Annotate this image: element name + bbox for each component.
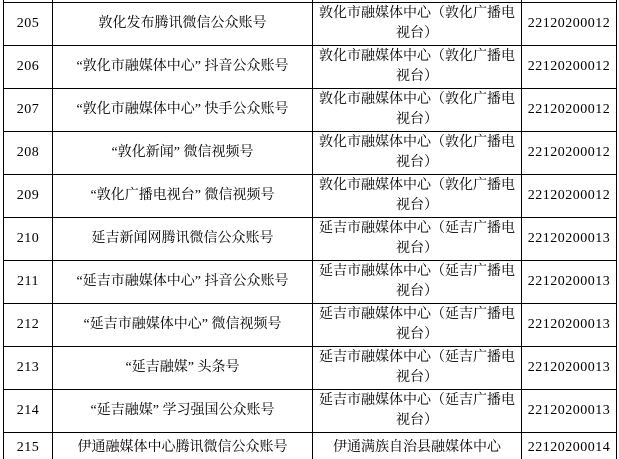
cell-license-code: 22120200014 xyxy=(522,433,617,459)
cell-organization: 敦化市融媒体中心（敦化广播电视台） xyxy=(313,132,522,175)
table-row: 205 敦化发布腾讯微信公众账号 敦化市融媒体中心（敦化广播电视台） 22120… xyxy=(4,3,617,46)
accounts-table: 205 敦化发布腾讯微信公众账号 敦化市融媒体中心（敦化广播电视台） 22120… xyxy=(3,0,617,459)
cell-row-number: 207 xyxy=(4,89,53,132)
cell-row-number: 209 xyxy=(4,175,53,218)
cell-license-code: 22120200013 xyxy=(522,304,617,347)
table-row: 210 延吉新闻网腾讯微信公众账号 延吉市融媒体中心（延吉广播电视台） 2212… xyxy=(4,218,617,261)
cell-license-code: 22120200012 xyxy=(522,132,617,175)
cell-license-code: 22120200013 xyxy=(522,390,617,433)
cell-license-code: 22120200012 xyxy=(522,46,617,89)
cell-license-code: 22120200013 xyxy=(522,347,617,390)
cell-row-number: 210 xyxy=(4,218,53,261)
cell-license-code: 22120200012 xyxy=(522,175,617,218)
table-row: 209 “敦化广播电视台” 微信视频号 敦化市融媒体中心（敦化广播电视台） 22… xyxy=(4,175,617,218)
cell-license-code: 22120200013 xyxy=(522,218,617,261)
table-row: 208 “敦化新闻” 微信视频号 敦化市融媒体中心（敦化广播电视台） 22120… xyxy=(4,132,617,175)
cell-account-name: 延吉新闻网腾讯微信公众账号 xyxy=(53,218,313,261)
cell-license-code: 22120200013 xyxy=(522,261,617,304)
cell-organization: 延吉市融媒体中心（延吉广播电视台） xyxy=(313,304,522,347)
table-row: 206 “敦化市融媒体中心” 抖音公众账号 敦化市融媒体中心（敦化广播电视台） … xyxy=(4,46,617,89)
table-row: 213 “延吉融媒” 头条号 延吉市融媒体中心（延吉广播电视台） 2212020… xyxy=(4,347,617,390)
table-row: 211 “延吉市融媒体中心” 抖音公众账号 延吉市融媒体中心（延吉广播电视台） … xyxy=(4,261,617,304)
cell-license-code: 22120200012 xyxy=(522,3,617,46)
cell-organization: 伊通满族自治县融媒体中心 xyxy=(313,433,522,459)
table-row: 214 “延吉融媒” 学习强国公众账号 延吉市融媒体中心（延吉广播电视台） 22… xyxy=(4,390,617,433)
cell-row-number: 206 xyxy=(4,46,53,89)
table-row: 215 伊通融媒体中心腾讯微信公众账号 伊通满族自治县融媒体中心 2212020… xyxy=(4,433,617,459)
cell-account-name: “敦化市融媒体中心” 快手公众账号 xyxy=(53,89,313,132)
cell-account-name: “延吉市融媒体中心” 微信视频号 xyxy=(53,304,313,347)
table-row: 212 “延吉市融媒体中心” 微信视频号 延吉市融媒体中心（延吉广播电视台） 2… xyxy=(4,304,617,347)
document-page: 205 敦化发布腾讯微信公众账号 敦化市融媒体中心（敦化广播电视台） 22120… xyxy=(0,0,619,459)
cell-row-number: 213 xyxy=(4,347,53,390)
cell-organization: 敦化市融媒体中心（敦化广播电视台） xyxy=(313,3,522,46)
cell-account-name: “延吉市融媒体中心” 抖音公众账号 xyxy=(53,261,313,304)
accounts-table-body: 205 敦化发布腾讯微信公众账号 敦化市融媒体中心（敦化广播电视台） 22120… xyxy=(4,0,617,459)
cell-row-number: 212 xyxy=(4,304,53,347)
cell-row-number: 208 xyxy=(4,132,53,175)
cell-account-name: “敦化新闻” 微信视频号 xyxy=(53,132,313,175)
cell-account-name: “延吉融媒” 学习强国公众账号 xyxy=(53,390,313,433)
cell-account-name: 伊通融媒体中心腾讯微信公众账号 xyxy=(53,433,313,459)
cell-account-name: “敦化市融媒体中心” 抖音公众账号 xyxy=(53,46,313,89)
cell-account-name: 敦化发布腾讯微信公众账号 xyxy=(53,3,313,46)
cell-row-number: 211 xyxy=(4,261,53,304)
cell-organization: 延吉市融媒体中心（延吉广播电视台） xyxy=(313,218,522,261)
cell-organization: 敦化市融媒体中心（敦化广播电视台） xyxy=(313,89,522,132)
cell-account-name: “延吉融媒” 头条号 xyxy=(53,347,313,390)
cell-license-code: 22120200012 xyxy=(522,89,617,132)
cell-row-number: 205 xyxy=(4,3,53,46)
cell-row-number: 214 xyxy=(4,390,53,433)
cell-organization: 敦化市融媒体中心（敦化广播电视台） xyxy=(313,175,522,218)
cell-account-name: “敦化广播电视台” 微信视频号 xyxy=(53,175,313,218)
table-row: 207 “敦化市融媒体中心” 快手公众账号 敦化市融媒体中心（敦化广播电视台） … xyxy=(4,89,617,132)
cell-row-number: 215 xyxy=(4,433,53,459)
cell-organization: 延吉市融媒体中心（延吉广播电视台） xyxy=(313,261,522,304)
cell-organization: 延吉市融媒体中心（延吉广播电视台） xyxy=(313,390,522,433)
cell-organization: 延吉市融媒体中心（延吉广播电视台） xyxy=(313,347,522,390)
cell-organization: 敦化市融媒体中心（敦化广播电视台） xyxy=(313,46,522,89)
